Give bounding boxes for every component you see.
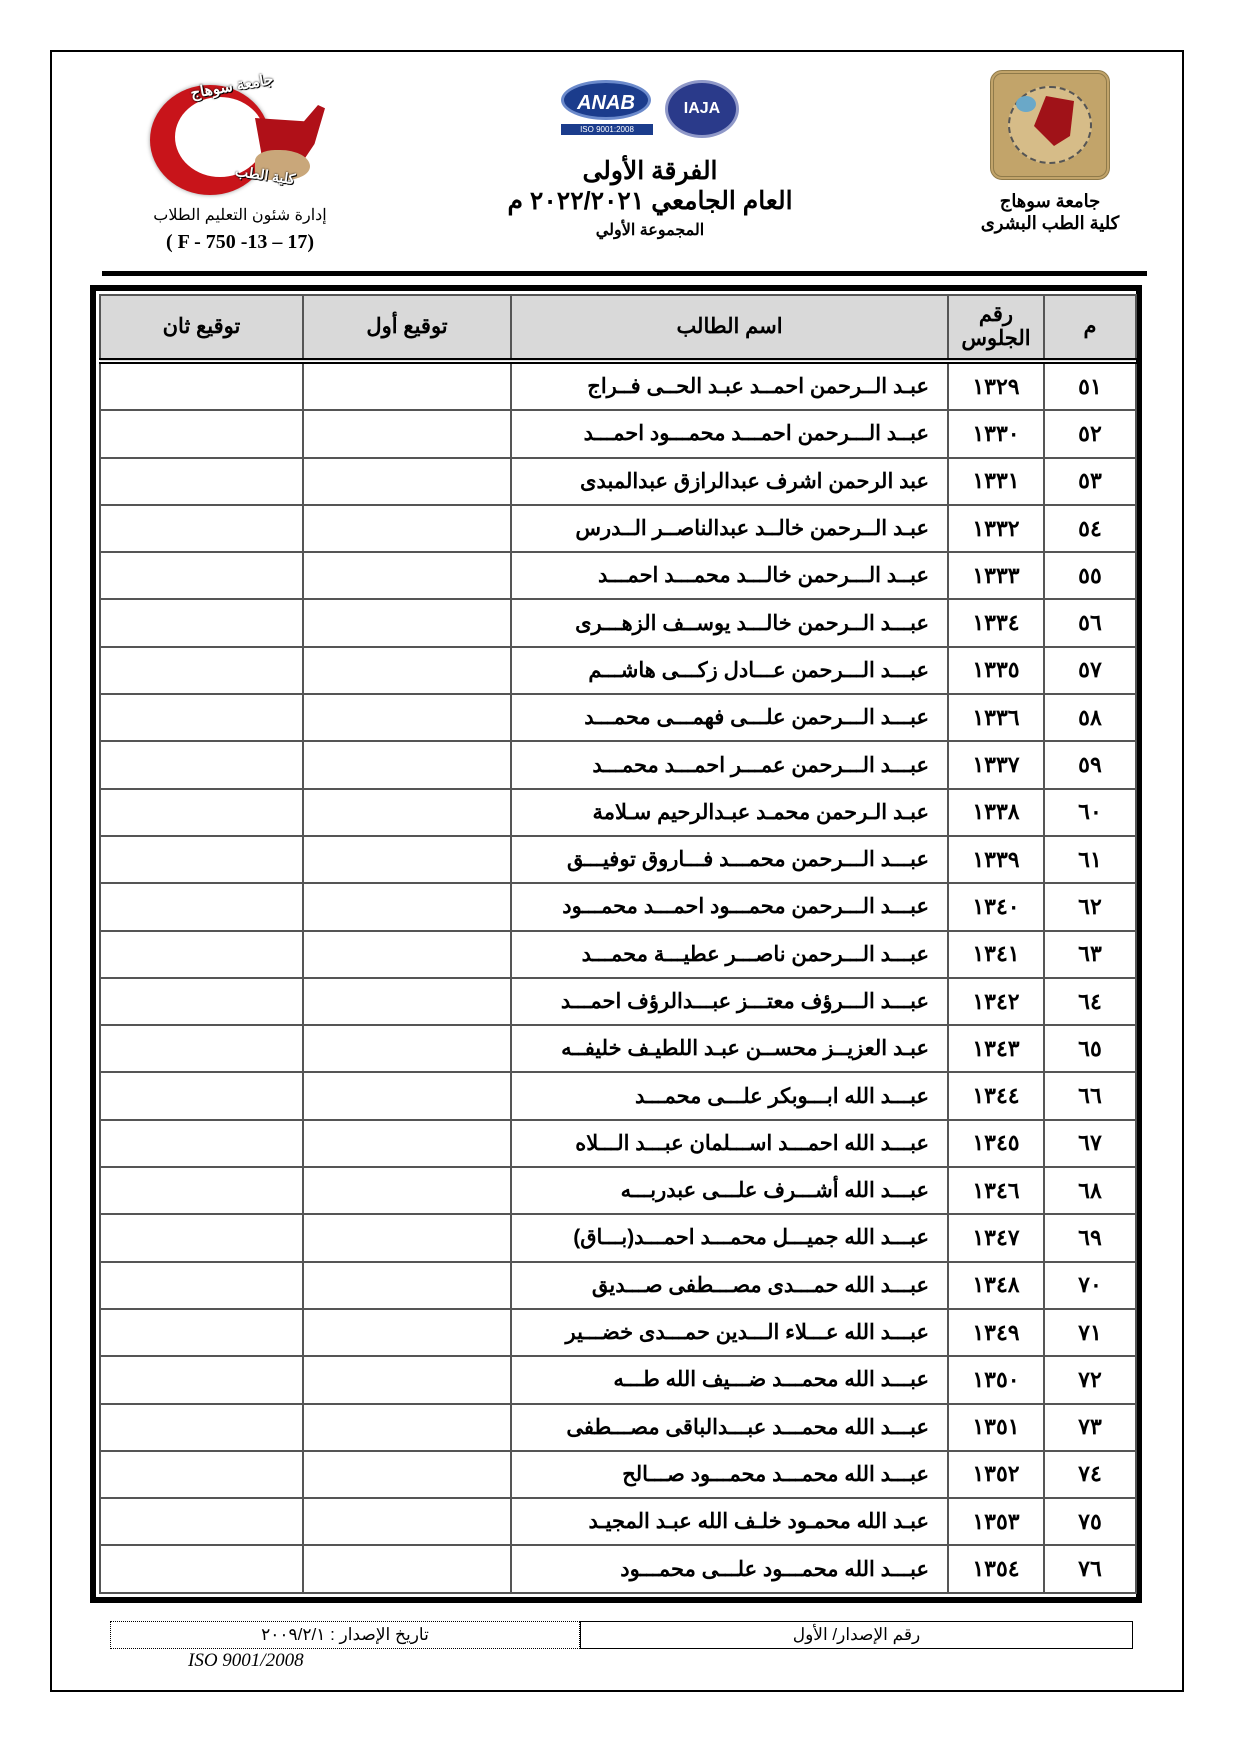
first-signature-cell[interactable] <box>303 1356 511 1403</box>
table-row: ٦٥١٣٤٣عبـد العزيــز محســن عبـد اللطيـف … <box>100 1025 1136 1072</box>
row-index: ٦٧ <box>1044 1120 1136 1167</box>
student-name: عبـــد الله عـــلاء الـــدين حمـــدى خضـ… <box>511 1309 948 1356</box>
row-index: ٧١ <box>1044 1309 1136 1356</box>
seat-number: ١٣٣٥ <box>948 647 1044 694</box>
row-index: ٧٦ <box>1044 1545 1136 1592</box>
second-signature-cell[interactable] <box>100 1545 303 1592</box>
second-signature-cell[interactable] <box>100 647 303 694</box>
row-index: ٦٢ <box>1044 883 1136 930</box>
student-name: عبـــد الـــرؤف معتـــز عبـــدالرؤف احمـ… <box>511 978 948 1025</box>
table-row: ٥٣١٣٣١عبد الرحمن اشرف عبدالرازق عبدالمبد… <box>100 458 1136 505</box>
table-row: ٦٧١٣٤٥عبـــد الله احمـــد اســـلمان عبــ… <box>100 1120 1136 1167</box>
student-name: عبـــد الله جميـــل محمـــد احمـــد(بـــ… <box>511 1214 948 1261</box>
second-signature-cell[interactable] <box>100 1356 303 1403</box>
student-name: عبـــد الله حمـــدى مصـــطفى صـــديق <box>511 1262 948 1309</box>
row-index: ٦٦ <box>1044 1072 1136 1119</box>
first-signature-cell[interactable] <box>303 1545 511 1592</box>
first-signature-cell[interactable] <box>303 1025 511 1072</box>
row-index: ٦٠ <box>1044 789 1136 836</box>
seat-number: ١٣٤٧ <box>948 1214 1044 1261</box>
footer-issue-info: رقم الإصدار/ الأول تاريخ الإصدار : ٢٠٠٩/… <box>110 1621 1133 1649</box>
first-signature-cell[interactable] <box>303 505 511 552</box>
seat-number: ١٣٢٩ <box>948 361 1044 410</box>
table-row: ٥٩١٣٣٧عبـــد الـــرحمن عمـــر احمـــد مح… <box>100 741 1136 788</box>
seat-number: ١٣٤٠ <box>948 883 1044 930</box>
student-name: عبـد العزيــز محســن عبـد اللطيـف خليفــ… <box>511 1025 948 1072</box>
seat-number: ١٣٥١ <box>948 1404 1044 1451</box>
second-signature-cell[interactable] <box>100 1451 303 1498</box>
table-row: ٦٩١٣٤٧عبـــد الله جميـــل محمـــد احمـــ… <box>100 1214 1136 1261</box>
seat-number: ١٣٥٠ <box>948 1356 1044 1403</box>
seat-number: ١٣٣٠ <box>948 410 1044 457</box>
second-signature-cell[interactable] <box>100 1214 303 1261</box>
student-name: عبـد الـرحمن محمـد عبـدالرحيم سـلامة <box>511 789 948 836</box>
first-signature-cell[interactable] <box>303 694 511 741</box>
table-row: ٦١١٣٣٩عبـــد الـــرحمن محمـــد فـــاروق … <box>100 836 1136 883</box>
first-signature-cell[interactable] <box>303 836 511 883</box>
student-name: عبــد الـــرحمن خالـــد محمـــد احمـــد <box>511 552 948 599</box>
first-signature-cell[interactable] <box>303 1120 511 1167</box>
faculty-name: كلية الطب البشرى <box>950 212 1150 234</box>
second-signature-cell[interactable] <box>100 931 303 978</box>
row-index: ٦٩ <box>1044 1214 1136 1261</box>
table-body: ٥١١٣٢٩عبـد الــرحمن احمــد عبـد الحــى ف… <box>100 361 1136 1593</box>
seat-number: ١٣٣٣ <box>948 552 1044 599</box>
seat-number: ١٣٣٤ <box>948 599 1044 646</box>
table-row: ٥٦١٣٣٤عبـــد الــرحمن خالـــد يوســف الز… <box>100 599 1136 646</box>
issue-number: رقم الإصدار/ الأول <box>580 1621 1133 1649</box>
first-signature-cell[interactable] <box>303 1167 511 1214</box>
header-right: جامعة سوهاج كلية الطب البشرى <box>950 70 1150 234</box>
seat-number: ١٣٤١ <box>948 931 1044 978</box>
table-row: ٦٣١٣٤١عبـــد الـــرحمن ناصـــر عطيـــة م… <box>100 931 1136 978</box>
student-name: عبـد الله محمـود خلـف الله عبـد المجيـد <box>511 1498 948 1545</box>
table-row: ٦٨١٣٤٦عبـــد الله أشـــرف علـــى عبدربــ… <box>100 1167 1136 1214</box>
first-signature-cell[interactable] <box>303 410 511 457</box>
group-label: المجموعة الأولي <box>440 220 860 240</box>
first-signature-cell[interactable] <box>303 1498 511 1545</box>
iso-standard: ISO 9001/2008 <box>188 1650 304 1672</box>
table-row: ٦٤١٣٤٢عبـــد الـــرؤف معتـــز عبـــدالرؤ… <box>100 978 1136 1025</box>
table-row: ٧٥١٣٥٣عبـد الله محمـود خلـف الله عبـد ال… <box>100 1498 1136 1545</box>
row-index: ٧٠ <box>1044 1262 1136 1309</box>
row-index: ٥٢ <box>1044 410 1136 457</box>
first-signature-cell[interactable] <box>303 552 511 599</box>
first-signature-cell[interactable] <box>303 1214 511 1261</box>
table-row: ٦٠١٣٣٨عبـد الـرحمن محمـد عبـدالرحيم سـلا… <box>100 789 1136 836</box>
first-signature-cell[interactable] <box>303 978 511 1025</box>
table-header-row: م رقم الجلوس اسم الطالب توقيع أول توقيع … <box>100 295 1136 361</box>
student-name: عبـــد الله محمـــود علـــى محمـــود <box>511 1545 948 1592</box>
document-title: الفرقة الأولى <box>440 156 860 186</box>
student-name: عبـــد الله احمـــد اســـلمان عبـــد الـ… <box>511 1120 948 1167</box>
header-left: جامعة سوهاج كلية الطب إدارة شئون التعليم… <box>110 75 370 254</box>
row-index: ٥٨ <box>1044 694 1136 741</box>
first-signature-cell[interactable] <box>303 458 511 505</box>
second-signature-cell[interactable] <box>100 552 303 599</box>
first-signature-cell[interactable] <box>303 931 511 978</box>
first-signature-cell[interactable] <box>303 361 511 410</box>
first-signature-cell[interactable] <box>303 789 511 836</box>
row-index: ٥٧ <box>1044 647 1136 694</box>
seat-number: ١٣٤٩ <box>948 1309 1044 1356</box>
table-row: ٥٨١٣٣٦عبـــد الـــرحمن علـــى فهمـــى مح… <box>100 694 1136 741</box>
row-index: ٦٤ <box>1044 978 1136 1025</box>
col-header-second-signature: توقيع ثان <box>100 295 303 361</box>
col-header-first-signature: توقيع أول <box>303 295 511 361</box>
accreditation-logos: ANAB ISO 9001:2008 IAJA <box>440 80 860 142</box>
second-signature-cell[interactable] <box>100 1309 303 1356</box>
second-signature-cell[interactable] <box>100 505 303 552</box>
seat-number: ١٣٤٢ <box>948 978 1044 1025</box>
attendance-table: م رقم الجلوس اسم الطالب توقيع أول توقيع … <box>99 294 1137 1594</box>
first-signature-cell[interactable] <box>303 647 511 694</box>
second-signature-cell[interactable] <box>100 1072 303 1119</box>
row-index: ٥٣ <box>1044 458 1136 505</box>
table-row: ٧٠١٣٤٨عبـــد الله حمـــدى مصـــطفى صـــد… <box>100 1262 1136 1309</box>
student-name: عبـــد الله أشـــرف علـــى عبدربـــه <box>511 1167 948 1214</box>
second-signature-cell[interactable] <box>100 458 303 505</box>
issue-date: تاريخ الإصدار : ٢٠٠٩/٢/١ <box>110 1621 580 1649</box>
second-signature-cell[interactable] <box>100 410 303 457</box>
row-index: ٥١ <box>1044 361 1136 410</box>
student-name: عبـد الــرحمن احمــد عبـد الحــى فــراج <box>511 361 948 410</box>
student-name: عبـــد الـــرحمن عمـــر احمـــد محمـــد <box>511 741 948 788</box>
first-signature-cell[interactable] <box>303 599 511 646</box>
table-row: ٥٢١٣٣٠عبــد الـــرحمن احمـــد محمـــود ا… <box>100 410 1136 457</box>
row-index: ٦٨ <box>1044 1167 1136 1214</box>
second-signature-cell[interactable] <box>100 361 303 410</box>
first-signature-cell[interactable] <box>303 1451 511 1498</box>
seat-number: ١٣٣١ <box>948 458 1044 505</box>
first-signature-cell[interactable] <box>303 1262 511 1309</box>
student-name: عبـد الــرحمن خالــد عبدالناصــر الــدرس <box>511 505 948 552</box>
second-signature-cell[interactable] <box>100 599 303 646</box>
row-index: ٥٩ <box>1044 741 1136 788</box>
second-signature-cell[interactable] <box>100 789 303 836</box>
col-header-seat-number: رقم الجلوس <box>948 295 1044 361</box>
first-signature-cell[interactable] <box>303 883 511 930</box>
seat-number: ١٣٣٧ <box>948 741 1044 788</box>
seat-number: ١٣٤٥ <box>948 1120 1044 1167</box>
student-name: عبـــد الـــرحمن ناصـــر عطيـــة محمـــد <box>511 931 948 978</box>
second-signature-cell[interactable] <box>100 1120 303 1167</box>
student-name: عبـــد الـــرحمن محمـــود احمـــد محمـــ… <box>511 883 948 930</box>
student-name: عبـــد الـــرحمن علـــى فهمـــى محمـــد <box>511 694 948 741</box>
table-row: ٦٢١٣٤٠عبـــد الـــرحمن محمـــود احمـــد … <box>100 883 1136 930</box>
student-name: عبـــد الـــرحمن عـــادل زكـــى هاشـــم <box>511 647 948 694</box>
form-code: ( F - 750 -13 – 17) <box>110 231 370 254</box>
second-signature-cell[interactable] <box>100 741 303 788</box>
seat-number: ١٣٣٩ <box>948 836 1044 883</box>
student-name: عبـــد الله محمـــد عبـــدالباقى مصـــطف… <box>511 1404 948 1451</box>
seat-number: ١٣٤٤ <box>948 1072 1044 1119</box>
second-signature-cell[interactable] <box>100 1404 303 1451</box>
seat-number: ١٣٥٢ <box>948 1451 1044 1498</box>
anab-logo: ANAB ISO 9001:2008 <box>561 80 653 142</box>
second-signature-cell[interactable] <box>100 978 303 1025</box>
attendance-table-frame: م رقم الجلوس اسم الطالب توقيع أول توقيع … <box>90 285 1142 1603</box>
second-signature-cell[interactable] <box>100 1498 303 1545</box>
row-index: ٦٥ <box>1044 1025 1136 1072</box>
row-index: ٧٢ <box>1044 1356 1136 1403</box>
student-name: عبـــد الـــرحمن محمـــد فـــاروق توفيــ… <box>511 836 948 883</box>
table-row: ٧٤١٣٥٢عبـــد الله محمـــد محمـــود صـــا… <box>100 1451 1136 1498</box>
table-row: ٥٤١٣٣٢عبـد الــرحمن خالــد عبدالناصــر ا… <box>100 505 1136 552</box>
academic-year: العام الجامعي ٢٠٢٢/٢٠٢١ م <box>440 186 860 216</box>
col-header-student-name: اسم الطالب <box>511 295 948 361</box>
second-signature-cell[interactable] <box>100 1025 303 1072</box>
seat-number: ١٣٣٨ <box>948 789 1044 836</box>
student-name: عبــد الـــرحمن احمـــد محمـــود احمـــد <box>511 410 948 457</box>
row-index: ٦٣ <box>1044 931 1136 978</box>
table-row: ٧١١٣٤٩عبـــد الله عـــلاء الـــدين حمـــ… <box>100 1309 1136 1356</box>
col-header-index: م <box>1044 295 1136 361</box>
first-signature-cell[interactable] <box>303 1309 511 1356</box>
student-name: عبـــد الــرحمن خالـــد يوســف الزهـــرى <box>511 599 948 646</box>
sohag-university-seal <box>990 70 1110 180</box>
university-name: جامعة سوهاج <box>950 190 1150 212</box>
row-index: ٧٤ <box>1044 1451 1136 1498</box>
row-index: ٥٦ <box>1044 599 1136 646</box>
department-name: إدارة شئون التعليم الطلاب <box>110 205 370 225</box>
row-index: ٧٥ <box>1044 1498 1136 1545</box>
table-row: ٥١١٣٢٩عبـد الــرحمن احمــد عبـد الحــى ف… <box>100 361 1136 410</box>
table-row: ٥٥١٣٣٣عبــد الـــرحمن خالـــد محمـــد اح… <box>100 552 1136 599</box>
seat-number: ١٣٤٨ <box>948 1262 1044 1309</box>
seat-number: ١٣٥٣ <box>948 1498 1044 1545</box>
first-signature-cell[interactable] <box>303 1072 511 1119</box>
student-name: عبد الرحمن اشرف عبدالرازق عبدالمبدى <box>511 458 948 505</box>
table-row: ٧٢١٣٥٠عبـــد الله محمـــد ضـــيف الله طـ… <box>100 1356 1136 1403</box>
student-name: عبـــد الله ابـــوبكر علـــى محمـــد <box>511 1072 948 1119</box>
second-signature-cell[interactable] <box>100 1262 303 1309</box>
seat-number: ١٣٣٦ <box>948 694 1044 741</box>
row-index: ٥٤ <box>1044 505 1136 552</box>
row-index: ٧٣ <box>1044 1404 1136 1451</box>
student-name: عبـــد الله محمـــد محمـــود صـــالح <box>511 1451 948 1498</box>
first-signature-cell[interactable] <box>303 741 511 788</box>
second-signature-cell[interactable] <box>100 883 303 930</box>
table-row: ٧٣١٣٥١عبـــد الله محمـــد عبـــدالباقى م… <box>100 1404 1136 1451</box>
header-center: ANAB ISO 9001:2008 IAJA الفرقة الأولى ال… <box>440 80 860 240</box>
faculty-of-medicine-logo: جامعة سوهاج كلية الطب <box>145 75 335 195</box>
second-signature-cell[interactable] <box>100 1167 303 1214</box>
student-name: عبـــد الله محمـــد ضـــيف الله طـــه <box>511 1356 948 1403</box>
second-signature-cell[interactable] <box>100 694 303 741</box>
seat-number: ١٣٤٣ <box>948 1025 1044 1072</box>
seat-number: ١٣٥٤ <box>948 1545 1044 1592</box>
table-row: ٦٦١٣٤٤عبـــد الله ابـــوبكر علـــى محمــ… <box>100 1072 1136 1119</box>
second-signature-cell[interactable] <box>100 836 303 883</box>
iaja-logo: IAJA <box>665 80 739 138</box>
row-index: ٦١ <box>1044 836 1136 883</box>
seat-number: ١٣٣٢ <box>948 505 1044 552</box>
header-divider <box>102 271 1147 276</box>
table-row: ٥٧١٣٣٥عبـــد الـــرحمن عـــادل زكـــى ها… <box>100 647 1136 694</box>
row-index: ٥٥ <box>1044 552 1136 599</box>
seat-number: ١٣٤٦ <box>948 1167 1044 1214</box>
first-signature-cell[interactable] <box>303 1404 511 1451</box>
table-row: ٧٦١٣٥٤عبـــد الله محمـــود علـــى محمـــ… <box>100 1545 1136 1592</box>
